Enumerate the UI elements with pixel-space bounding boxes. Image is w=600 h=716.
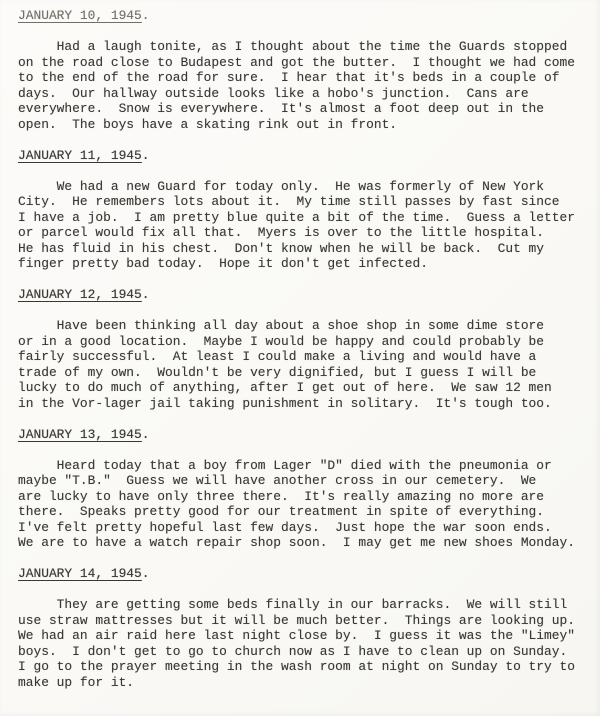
diary-entry-jan-10: JANUARY 10, 1945. Had a laugh tonite, as… [18,8,592,132]
diary-entry-jan-13: JANUARY 13, 1945. Heard today that a boy… [18,427,592,551]
entry-date-heading: JANUARY 14, 1945. [18,566,592,582]
entry-body: Have been thinking all day about a shoe … [18,318,592,411]
entry-date: JANUARY 10, 1945 [18,8,142,23]
entry-date: JANUARY 11, 1945 [18,148,142,163]
entry-body: We had a new Guard for today only. He wa… [18,179,592,272]
entry-body: Heard today that a boy from Lager "D" di… [18,458,592,551]
entry-date-period: . [142,287,150,302]
entry-date: JANUARY 13, 1945 [18,427,142,442]
entry-date-heading: JANUARY 10, 1945. [18,8,592,24]
entry-body: Had a laugh tonite, as I thought about t… [18,39,592,132]
entry-date: JANUARY 12, 1945 [18,287,142,302]
entry-date-period: . [142,427,150,442]
entry-date-heading: JANUARY 11, 1945. [18,148,592,164]
entry-date-heading: JANUARY 13, 1945. [18,427,592,443]
entry-date: JANUARY 14, 1945 [18,566,142,581]
entry-date-period: . [142,148,150,163]
entry-date-heading: JANUARY 12, 1945. [18,287,592,303]
diary-entry-jan-12: JANUARY 12, 1945. Have been thinking all… [18,287,592,411]
diary-entry-jan-14: JANUARY 14, 1945. They are getting some … [18,566,592,690]
diary-page: JANUARY 10, 1945. Had a laugh tonite, as… [0,0,600,716]
entry-date-period: . [142,8,150,23]
entry-date-period: . [142,566,150,581]
diary-entry-jan-11: JANUARY 11, 1945. We had a new Guard for… [18,148,592,272]
entry-body: They are getting some beds finally in ou… [18,597,592,690]
